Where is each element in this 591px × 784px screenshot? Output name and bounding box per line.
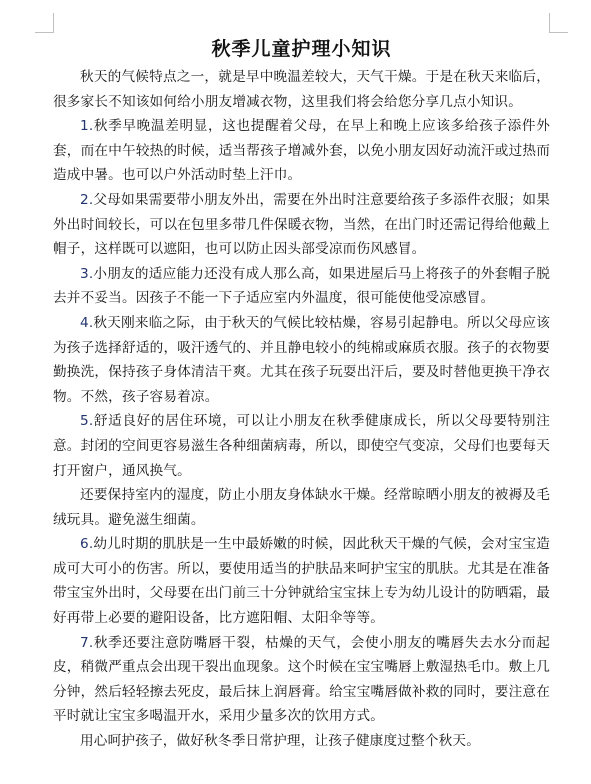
intro-paragraph: 秋天的气候特点之一，就是早中晚温差较大，天气干燥。于是在秋天来临后，很多家长不知…: [53, 65, 550, 114]
paragraph-text: 秋天的气候特点之一，就是早中晚温差较大，天气干燥。于是在秋天来临后，很多家长不知…: [53, 69, 550, 110]
document-title: 秋季儿童护理小知识: [53, 36, 550, 62]
margin-corner-mark-top-right: [549, 13, 568, 33]
margin-corner-mark-top-left: [35, 13, 54, 33]
tip-paragraph-5-continued: 还要保持室内的湿度，防止小朋友身体缺水干燥。经常晾晒小朋友的被褥及毛绒玩具。避免…: [53, 483, 550, 532]
paragraph-text: 幼儿时期的肌肤是一生中最娇嫩的时候，因此秋天干燥的气候，会对宝宝造成可大可小的伤…: [53, 536, 550, 626]
paragraph-text: 秋季还要注意防嘴唇干裂，枯燥的天气，会使小朋友的嘴唇失去水分而起皮，稍微严重点会…: [53, 635, 550, 725]
list-number: 5.: [80, 413, 93, 429]
tip-paragraph-1: 1.秋季早晚温差明显，这也提醒着父母，在早上和晚上应该多给孩子添件外套，而在中午…: [53, 114, 550, 188]
tip-paragraph-6: 6.幼儿时期的肌肤是一生中最娇嫩的时候，因此秋天干燥的气候，会对宝宝造成可大可小…: [53, 532, 550, 630]
tip-paragraph-2: 2.父母如果需要带小朋友外出，需要在外出时注意要给孩子多添件衣服；如果外出时间较…: [53, 188, 550, 262]
list-number: 6.: [80, 536, 93, 552]
document-page: 秋季儿童护理小知识 秋天的气候特点之一，就是早中晚温差较大，天气干燥。于是在秋天…: [53, 36, 550, 754]
list-number: 7.: [80, 635, 93, 651]
list-number: 1.: [80, 118, 93, 134]
tip-paragraph-3: 3.小朋友的适应能力还没有成人那么高，如果进屋后马上将孩子的外套帽子脱去并不妥当…: [53, 262, 550, 311]
paragraph-text: 秋季早晚温差明显，这也提醒着父母，在早上和晚上应该多给孩子添件外套，而在中午较热…: [53, 118, 550, 183]
tip-paragraph-4: 4.秋天刚来临之际，由于秋天的气候比较枯燥，容易引起静电。所以父母应该为孩子选择…: [53, 311, 550, 409]
tip-paragraph-5: 5.舒适良好的居住环境，可以让小朋友在秋季健康成长，所以父母要特别注意。封闭的空…: [53, 409, 550, 483]
list-number: 3.: [80, 266, 93, 282]
paragraph-text: 还要保持室内的湿度，防止小朋友身体缺水干燥。经常晾晒小朋友的被褥及毛绒玩具。避免…: [53, 487, 550, 528]
tip-paragraph-7: 7.秋季还要注意防嘴唇干裂，枯燥的天气，会使小朋友的嘴唇失去水分而起皮，稍微严重…: [53, 631, 550, 729]
list-number: 4.: [80, 315, 93, 331]
closing-paragraph: 用心呵护孩子，做好秋冬季日常护理，让孩子健康度过整个秋天。: [53, 729, 550, 754]
paragraph-text: 舒适良好的居住环境，可以让小朋友在秋季健康成长，所以父母要特别注意。封闭的空间更…: [53, 413, 550, 478]
paragraph-text: 父母如果需要带小朋友外出，需要在外出时注意要给孩子多添件衣服；如果外出时间较长，…: [53, 192, 550, 257]
paragraph-text: 秋天刚来临之际，由于秋天的气候比较枯燥，容易引起静电。所以父母应该为孩子选择舒适…: [53, 315, 550, 405]
list-number: 2.: [80, 192, 93, 208]
paragraph-text: 小朋友的适应能力还没有成人那么高，如果进屋后马上将孩子的外套帽子脱去并不妥当。因…: [53, 266, 550, 307]
paragraph-text: 用心呵护孩子，做好秋冬季日常护理，让孩子健康度过整个秋天。: [80, 733, 480, 749]
